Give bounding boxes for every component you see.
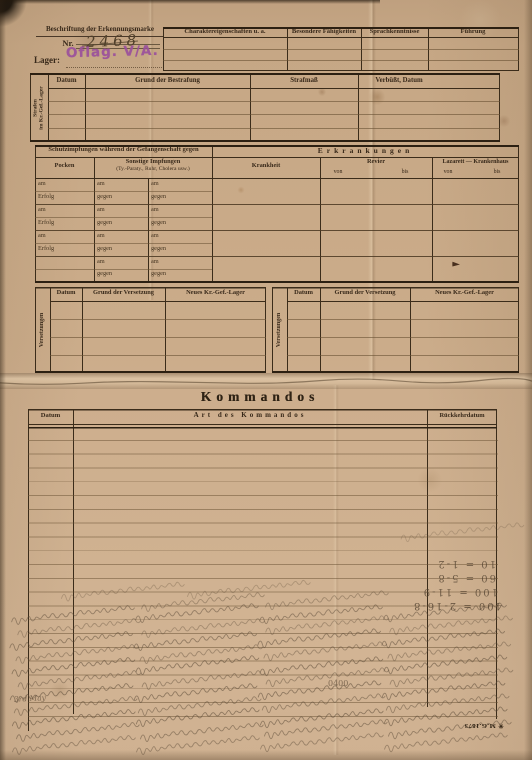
col-other-vaccinations-line1: Sonstige Impfungen	[94, 159, 212, 166]
vacc-row1-c3: gegen	[151, 193, 166, 200]
col-sickbay-to: bis	[395, 169, 415, 175]
transfers-right-grid	[272, 287, 519, 373]
transfers-left-col-newcamp: Neues Kr.-Gef.-Lager	[165, 290, 266, 297]
vacc-row2-c2: am	[97, 206, 105, 213]
col-smallpox: Pocken	[35, 163, 94, 170]
punishments-side-label-line2: im Kr.-Gef.-Lager	[39, 86, 45, 129]
transfers-left-side-label: Versetzungen	[35, 287, 50, 373]
vacc-row0-c2: am	[97, 180, 105, 187]
printer-mark: ✳ M.G.1873	[454, 722, 514, 730]
col-sickbay-from: von	[328, 169, 348, 175]
vacc-row6-c3: am	[151, 258, 159, 265]
illness-header: Erkrankungen	[212, 147, 519, 155]
vaccinations-header-left: Schutzimpfungen während der Gefangenscha…	[35, 147, 212, 154]
col-illness: Krankheit	[212, 163, 320, 170]
pencil-fragment-date: 3rd May	[14, 693, 46, 704]
vacc-row4-c1: am	[38, 232, 46, 239]
lager-dotted-line	[66, 60, 162, 68]
vacc-row7-c2: gegen	[97, 270, 112, 277]
col-hospital-from: von	[438, 169, 458, 175]
fold-crease-band	[0, 373, 532, 389]
kommandos-col-date: Datum	[28, 413, 73, 420]
kommandos-title: Kommandos	[140, 390, 380, 404]
vacc-row1-c2: gegen	[97, 193, 112, 200]
pencil-calc-line4: 400 = 2-16-8	[390, 600, 502, 611]
transfers-left-col-date: Datum	[50, 290, 82, 297]
punishments-col-date: Datum	[48, 77, 85, 84]
pencil-calc-line3: 100 = 11-9	[398, 586, 498, 597]
transfers-right-col-date: Datum	[287, 290, 320, 297]
transfers-left-grid	[35, 287, 266, 373]
pencil-calc-line1: 10 = 1-2	[408, 558, 496, 569]
pencil-fragment-number: 0400	[328, 679, 348, 688]
vacc-row3-c1: Erfolg	[38, 219, 54, 226]
col-hospital: Lazarett — Krankenhaus	[432, 159, 519, 165]
traits-col-conduct: Führung	[428, 29, 518, 36]
pencil-calc-line2: 60 = 5-8	[404, 572, 496, 583]
transfers-right-col-reason: Grund der Versetzung	[320, 290, 410, 297]
vacc-row5-c3: gegen	[151, 245, 166, 252]
vacc-row3-c2: gegen	[97, 219, 112, 226]
kommandos-col-type: Art des Kommandos	[73, 412, 427, 419]
punishments-col-served: Verbüßt, Datum	[328, 77, 470, 84]
vacc-row0-c3: am	[151, 180, 159, 187]
col-sickbay: Revier	[320, 159, 432, 166]
scan-edge-top	[0, 0, 380, 4]
traits-col-character: Charaktereigenschaften u. a.	[163, 29, 287, 36]
vacc-row1-c1: Erfolg	[38, 193, 54, 200]
vacc-row4-c3: am	[151, 232, 159, 239]
vacc-row2-c3: am	[151, 206, 159, 213]
col-other-vaccinations-line2: (Ty.-Paraty., Ruhr, Cholera usw.)	[94, 167, 212, 173]
vacc-row6-c2: am	[97, 258, 105, 265]
vacc-row4-c2: am	[97, 232, 105, 239]
traits-col-languages: Sprachkenntnisse	[361, 29, 428, 36]
punishments-col-reason: Grund der Bestrafung	[85, 77, 250, 84]
scan-edge-bottom	[0, 750, 532, 760]
punishments-side-label: Strafen im Kr.-Gef.-Lager	[30, 73, 48, 142]
vacc-row5-c2: gegen	[97, 245, 112, 252]
transfers-right-side-label: Versetzungen	[272, 287, 287, 373]
scan-corner-topleft	[0, 0, 44, 40]
scan-edge-right	[524, 0, 532, 760]
vacc-row2-c1: am	[38, 206, 46, 213]
camp-stamp: Oflag. V/A.	[66, 43, 159, 61]
transfers-left-col-reason: Grund der Versetzung	[82, 290, 165, 297]
lager-label: Lager:	[34, 56, 66, 65]
scan-edge-left	[0, 0, 6, 760]
traits-col-abilities: Besondere Fähigkeiten	[287, 29, 361, 36]
vacc-row5-c1: Erfolg	[38, 245, 54, 252]
vacc-row0-c1: am	[38, 180, 46, 187]
vacc-row3-c3: gegen	[151, 219, 166, 226]
kommandos-col-return: Rückkehrdatum	[427, 413, 497, 420]
transfers-right-col-newcamp: Neues Kr.-Gef.-Lager	[410, 290, 519, 297]
col-hospital-to: bis	[487, 169, 507, 175]
vacc-row7-c3: gegen	[151, 270, 166, 277]
scanned-pow-record-card: Beschriftung der Erkennungsmarke Nr. 246…	[0, 0, 532, 760]
